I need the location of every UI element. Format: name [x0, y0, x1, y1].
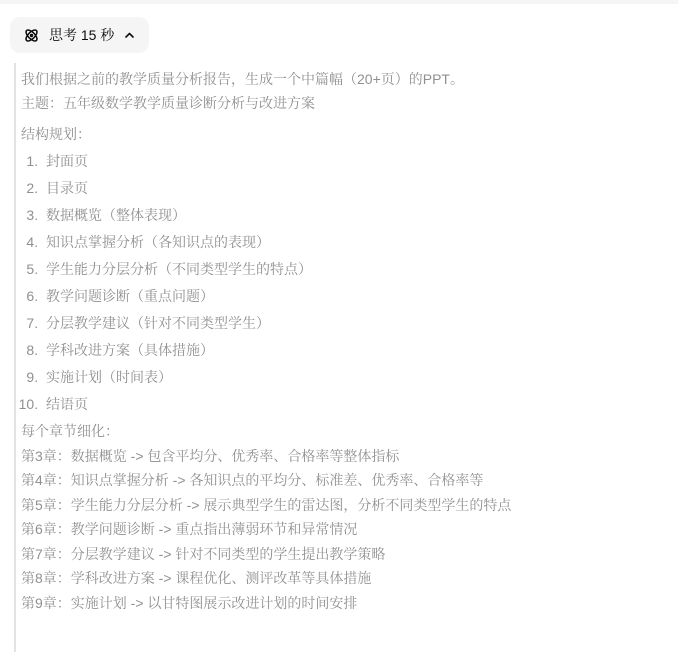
chevron-up-icon: [123, 29, 136, 42]
list-item: 目录页: [42, 176, 666, 200]
detail-heading: 每个章节细化：: [21, 419, 666, 444]
thinking-intro-paragraph: 我们根据之前的教学质量分析报告，生成一个中篇幅（20+页）的PPT。主题：五年级…: [21, 67, 666, 115]
outline-list: 封面页目录页数据概览（整体表现）知识点掌握分析（各知识点的表现）学生能力分层分析…: [21, 149, 666, 416]
thinking-duration-label: 思考 15 秒: [49, 28, 114, 43]
list-item: 实施计划（时间表）: [42, 365, 666, 389]
list-item: 封面页: [42, 149, 666, 173]
thinking-text-line: 我们根据之前的教学质量分析报告，生成一个中篇幅（20+页）的PPT。: [21, 67, 666, 91]
chapter-detail-paragraph: 每个章节细化： 第3章：数据概览 -> 包含平均分、优秀率、合格率等整体指标第4…: [21, 419, 666, 615]
thinking-text-line: 主题：五年级数学教学质量诊断分析与改进方案: [21, 91, 666, 115]
thinking-text-line: 第3章：数据概览 -> 包含平均分、优秀率、合格率等整体指标: [21, 444, 666, 469]
detail-lines: 第3章：数据概览 -> 包含平均分、优秀率、合格率等整体指标第4章：知识点掌握分…: [21, 444, 666, 616]
chat-thinking-block: 思考 15 秒 我们根据之前的教学质量分析报告，生成一个中篇幅（20+页）的PP…: [0, 0, 678, 652]
thinking-text-line: 第6章：教学问题诊断 -> 重点指出薄弱环节和异常情况: [21, 517, 666, 542]
list-item: 数据概览（整体表现）: [42, 203, 666, 227]
list-item: 教学问题诊断（重点问题）: [42, 284, 666, 308]
thinking-toggle-button[interactable]: 思考 15 秒: [10, 17, 149, 53]
list-item: 学科改进方案（具体措施）: [42, 338, 666, 362]
list-item: 知识点掌握分析（各知识点的表现）: [42, 230, 666, 254]
thinking-text-line: 第9章：实施计划 -> 以甘特图展示改进计划的时间安排: [21, 591, 666, 616]
thinking-text-line: 第5章：学生能力分层分析 -> 展示典型学生的雷达图，分析不同类型学生的特点: [21, 493, 666, 518]
thinking-text-line: 第4章：知识点掌握分析 -> 各知识点的平均分、标准差、优秀率、合格率等: [21, 468, 666, 493]
atom-icon: [23, 27, 40, 44]
thinking-content: 我们根据之前的教学质量分析报告，生成一个中篇幅（20+页）的PPT。主题：五年级…: [14, 63, 678, 652]
list-item: 分层教学建议（针对不同类型学生）: [42, 311, 666, 335]
thinking-text-line: 第8章：学科改进方案 -> 课程优化、测评改革等具体措施: [21, 566, 666, 591]
cropped-element-edge: [0, 0, 678, 4]
structure-heading: 结构规划：: [21, 122, 666, 146]
list-item: 结语页: [42, 392, 666, 416]
list-item: 学生能力分层分析（不同类型学生的特点）: [42, 257, 666, 281]
thinking-text-line: 第7章：分层教学建议 -> 针对不同类型的学生提出教学策略: [21, 542, 666, 567]
